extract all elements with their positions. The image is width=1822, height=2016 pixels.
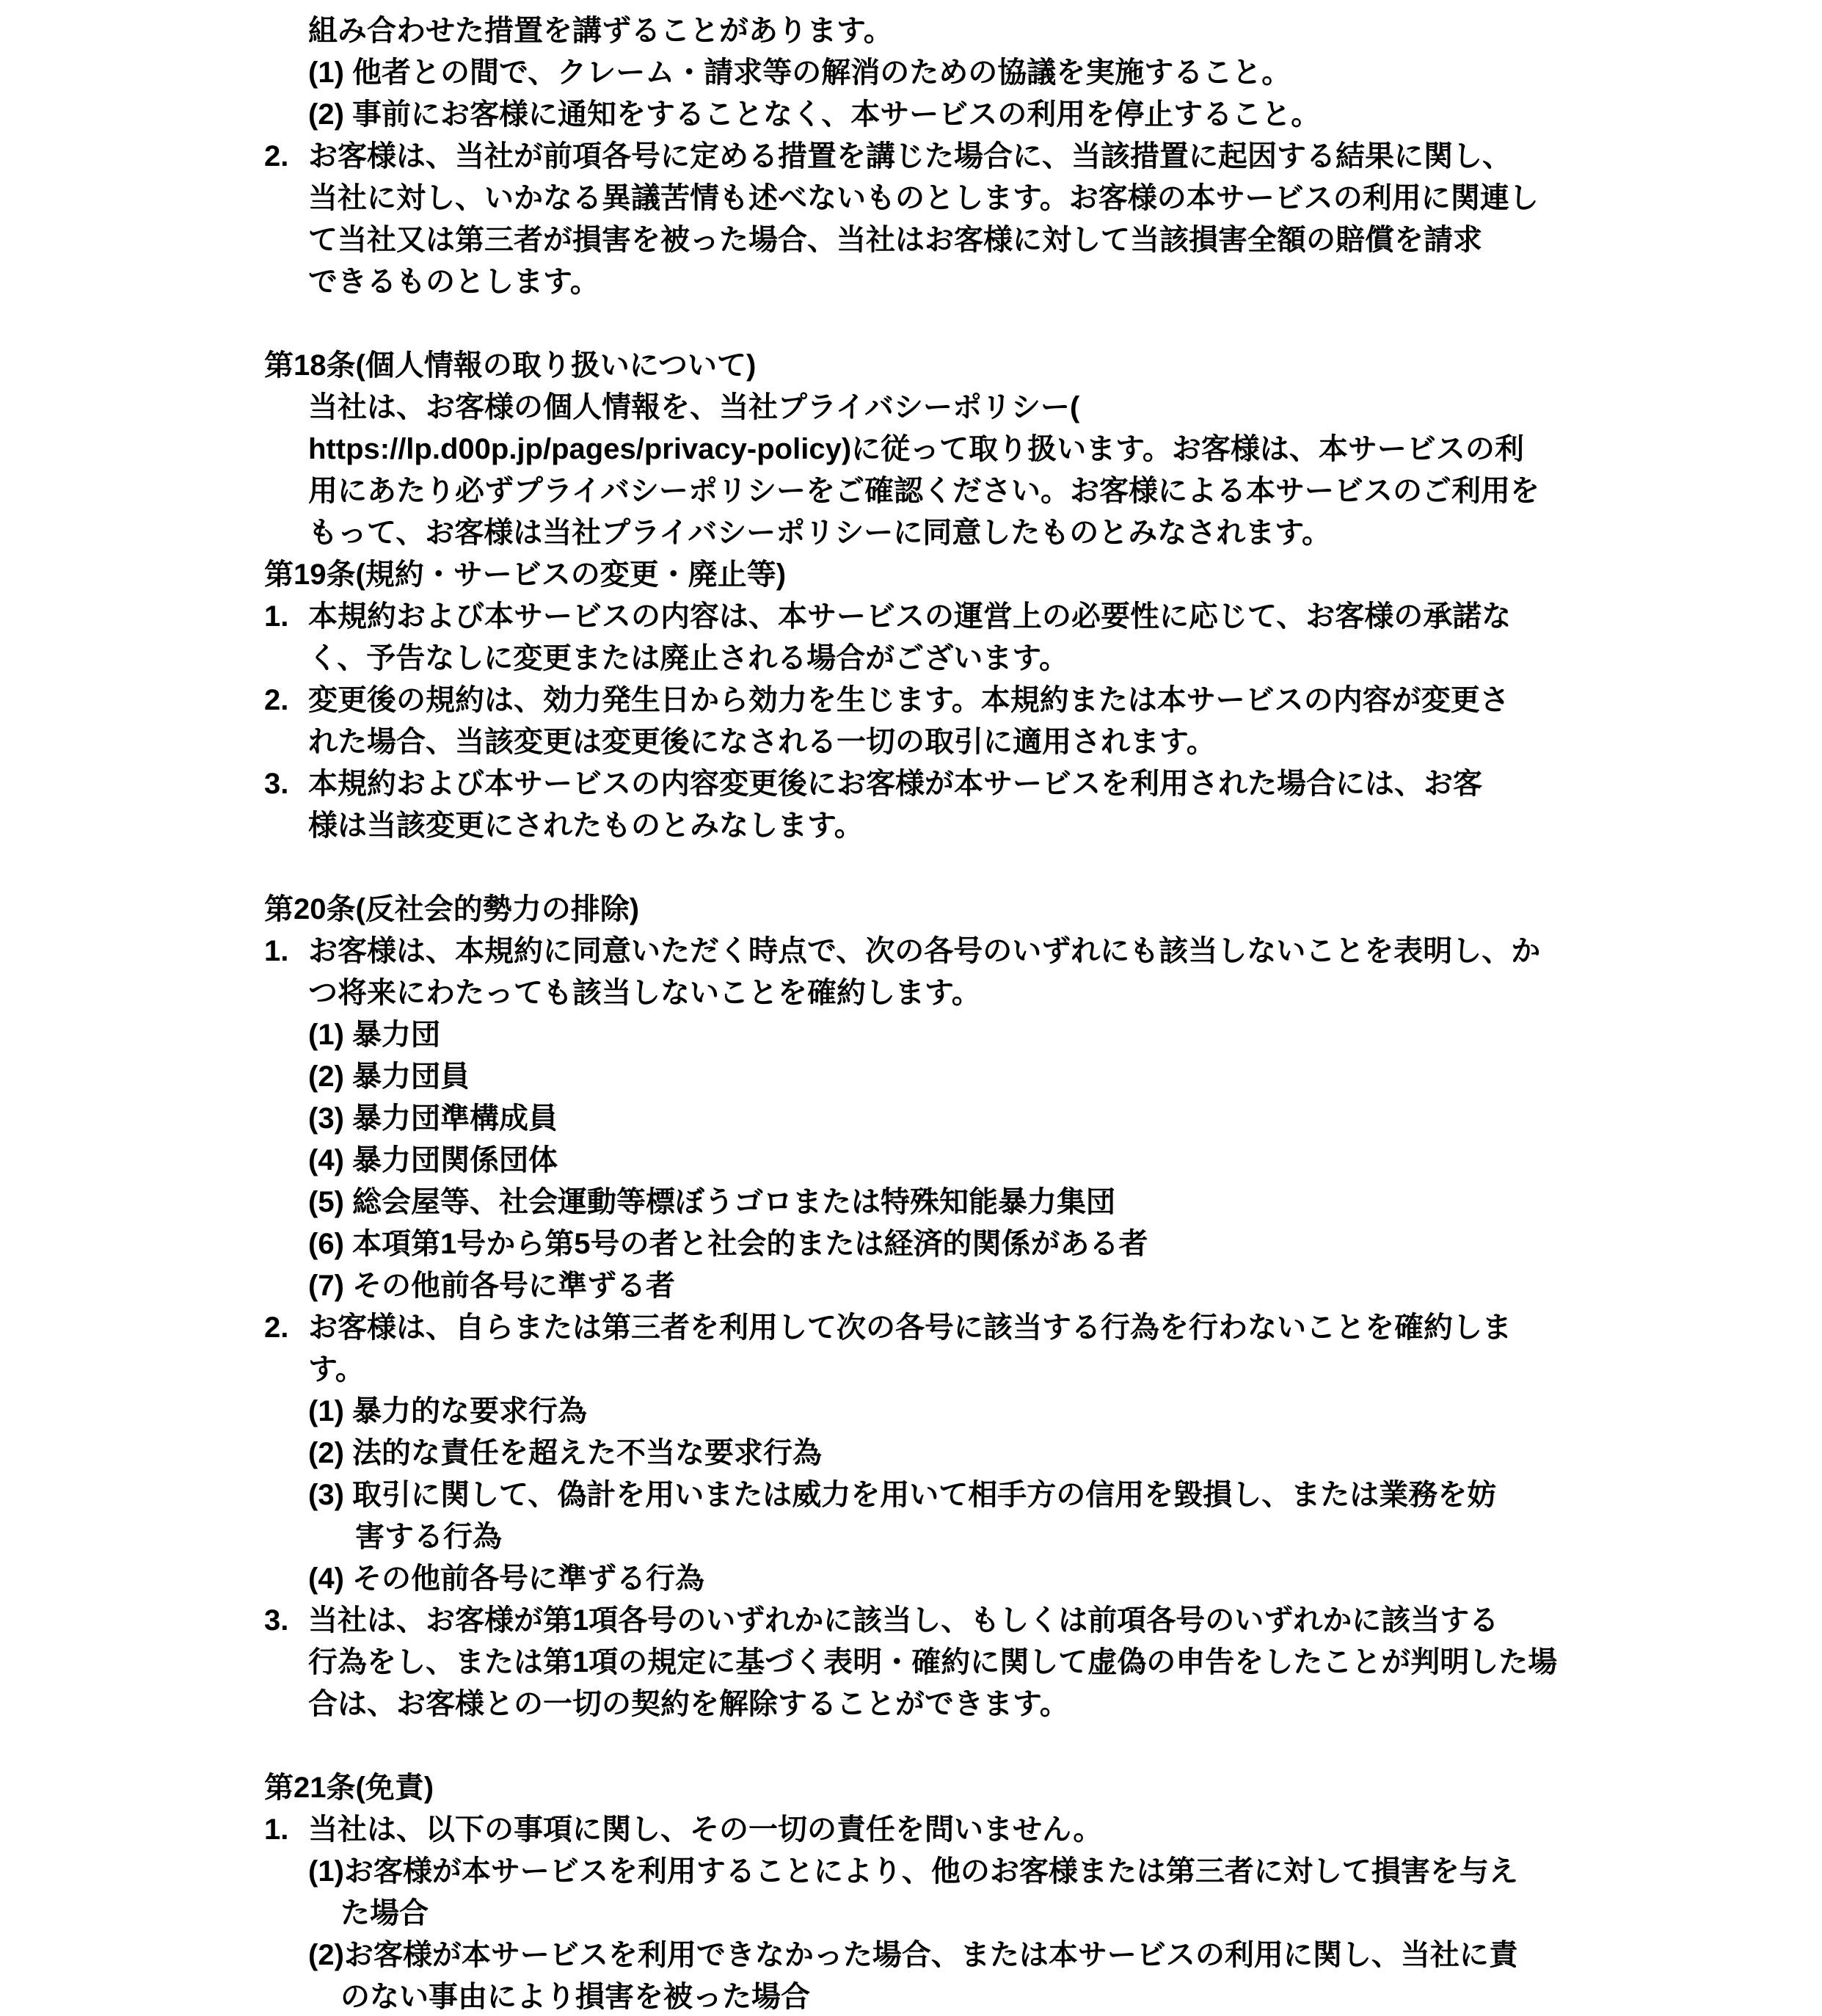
list-item-text: お客様は、本規約に同意いただく時点で、次の各号のいずれにも該当しないことを表明し… <box>308 931 1756 1014</box>
article-19-heading: 第19条(規約・サービスの変更・廃止等) <box>264 554 1756 596</box>
article-18-heading: 第18条(個人情報の取り扱いについて) <box>264 345 1756 387</box>
list-item: 3. 当社は、お客様が第1項各号のいずれかに該当し、もしくは前項各号のいずれかに… <box>264 1600 1756 1725</box>
list-item-number: 2. <box>264 136 308 178</box>
list-item-number: 1. <box>264 931 308 972</box>
list-item-number: 2. <box>264 680 308 721</box>
list-item-text: 変更後の規約は、効力発生日から効力を生じます。本規約または本サービスの内容が変更… <box>308 680 1756 763</box>
list-item: 2. お客様は、当社が前項各号に定める措置を講じた場合に、当該措置に起因する結果… <box>264 136 1756 303</box>
list-item-number: 2. <box>264 1307 308 1349</box>
list-item-number: 1. <box>264 596 308 638</box>
terms-document-page: 組み合わせた措置を講ずることがあります。 (1) 他者との間で、クレーム・請求等… <box>0 0 1822 2016</box>
list-item-text: 当社は、お客様が第1項各号のいずれかに該当し、もしくは前項各号のいずれかに該当す… <box>308 1600 1756 1725</box>
list-item-text: 当社は、以下の事項に関し、その一切の責任を問いません。 <box>308 1809 1756 1851</box>
paragraph-spacer <box>264 1725 1756 1767</box>
sub-list-item: (1)お客様が本サービスを利用することにより、他のお客様または第三者に対して損害… <box>308 1851 1756 1935</box>
list-item: 1. お客様は、本規約に同意いただく時点で、次の各号のいずれにも該当しないことを… <box>264 931 1756 1014</box>
list-item: 1. 本規約および本サービスの内容は、本サービスの運営上の必要性に応じて、お客様… <box>264 596 1756 680</box>
article17-closing-line: 組み合わせた措置を講ずることがあります。 <box>308 10 1756 52</box>
list-item-text: お客様は、自らまたは第三者を利用して次の各号に該当する行為を行わないことを確約し… <box>308 1307 1756 1391</box>
article-21-heading: 第21条(免責) <box>264 1767 1756 1809</box>
list-item: 3. 本規約および本サービスの内容変更後にお客様が本サービスを利用された場合には… <box>264 763 1756 847</box>
list-item-text: 本規約および本サービスの内容変更後にお客様が本サービスを利用された場合には、お客… <box>308 763 1756 847</box>
list-item-text: お客様は、当社が前項各号に定める措置を講じた場合に、当該措置に起因する結果に関し… <box>308 136 1756 303</box>
list-item-number: 3. <box>264 763 308 805</box>
sub-list-item: (7) その他前各号に準ずる者 <box>308 1265 1756 1307</box>
list-item-number: 1. <box>264 1809 308 1851</box>
sub-list-item: (4) その他前各号に準ずる行為 <box>308 1558 1756 1600</box>
paragraph-spacer <box>264 847 1756 889</box>
sub-list-item: (2) 法的な責任を超えた不当な要求行為 <box>308 1433 1756 1474</box>
list-item: 2. お客様は、自らまたは第三者を利用して次の各号に該当する行為を行わないことを… <box>264 1307 1756 1391</box>
sub-list-item: (1) 他者との間で、クレーム・請求等の解消のための協議を実施すること。 <box>308 52 1756 94</box>
article-18-body: 当社は、お客様の個人情報を、当社プライバシーポリシー( https://lp.d… <box>308 387 1756 554</box>
sub-list-item: (4) 暴力団関係団体 <box>308 1140 1756 1182</box>
sub-list-item: (1) 暴力的な要求行為 <box>308 1391 1756 1433</box>
sub-list-item: (2) 事前にお客様に通知をすることなく、本サービスの利用を停止すること。 <box>308 94 1756 136</box>
list-item: 1. 当社は、以下の事項に関し、その一切の責任を問いません。 <box>264 1809 1756 1851</box>
list-item-text: 本規約および本サービスの内容は、本サービスの運営上の必要性に応じて、お客様の承諾… <box>308 596 1756 680</box>
sub-list-item: (2) 暴力団員 <box>308 1056 1756 1098</box>
paragraph-spacer <box>264 303 1756 345</box>
list-item-number: 3. <box>264 1600 308 1642</box>
sub-list-item: (2)お客様が本サービスを利用できなかった場合、または本サービスの利用に関し、当… <box>308 1935 1756 2016</box>
sub-list-item: (3) 取引に関して、偽計を用いまたは威力を用いて相手方の信用を毀損し、または業… <box>308 1474 1756 1558</box>
list-item: 2. 変更後の規約は、効力発生日から効力を生じます。本規約または本サービスの内容… <box>264 680 1756 763</box>
sub-list-item: (3) 暴力団準構成員 <box>308 1098 1756 1140</box>
sub-list-item: (6) 本項第1号から第5号の者と社会的または経済的関係がある者 <box>308 1223 1756 1265</box>
sub-list-item: (5) 総会屋等、社会運動等標ぼうゴロまたは特殊知能暴力集団 <box>308 1182 1756 1223</box>
article-20-heading: 第20条(反社会的勢力の排除) <box>264 889 1756 931</box>
sub-list-item: (1) 暴力団 <box>308 1014 1756 1056</box>
